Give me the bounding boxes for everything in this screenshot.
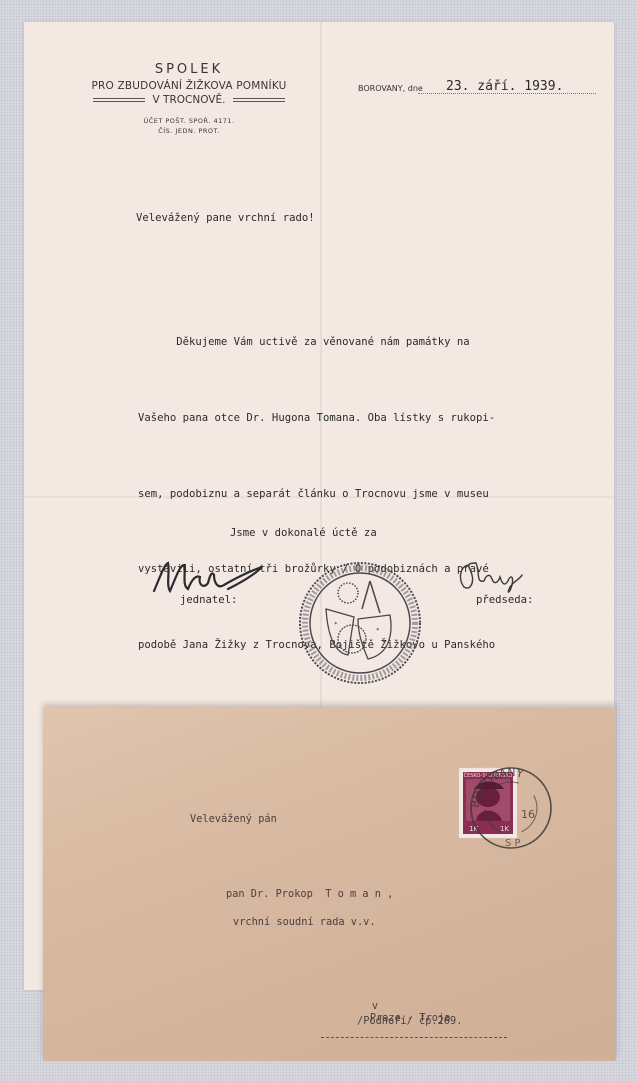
- society-seal-icon: ✶ ✶ ✶: [296, 559, 424, 687]
- place-label: BOROVANY, dne: [358, 84, 423, 93]
- signature-left-icon: [150, 557, 280, 597]
- svg-text:16: 16: [521, 808, 535, 821]
- addressee-title: vrchní soudní rada v.v.: [233, 916, 376, 928]
- letterhead-title: SPOLEK: [64, 62, 314, 77]
- letter-date: 23. září. 1939.: [446, 79, 563, 94]
- envelope: Velevážený pán pan Dr. Prokop T o m a n …: [43, 708, 616, 1061]
- salutation: Velevážený pane vrchní rado!: [136, 212, 315, 224]
- signature-right-icon: [454, 557, 534, 597]
- letterhead-account: ÚČET POŠT. SPOŘ. 4171. ČÍS. JEDN. PROT.: [64, 116, 314, 136]
- svg-text:✶: ✶: [382, 638, 386, 645]
- city-prefix: v: [372, 1000, 378, 1012]
- date-line: BOROVANY, dne 23. září. 1939.: [358, 84, 598, 93]
- body-line: sem, podobiznu a separát článku o Trocno…: [138, 482, 578, 507]
- letterhead-subtitle: PRO ZBUDOVÁNÍ ŽIŽKOVA POMNÍKU: [64, 80, 314, 92]
- divider: [93, 98, 145, 102]
- svg-text:✶: ✶: [376, 626, 380, 633]
- address-city-line: v Praze - Troja: [321, 988, 507, 1038]
- addressee-name: pan Dr. Prokop T o m a n ,: [226, 888, 393, 900]
- body-line: Děkujeme Vám uctivě za věnované nám pamá…: [138, 330, 578, 355]
- envelope-salutation: Velevážený pán: [190, 813, 277, 825]
- signatory-left-label: jednatel:: [180, 594, 237, 606]
- svg-text:BOROVANY: BOROVANY: [469, 766, 525, 808]
- address-street: /Podhoří/ čp.269.: [357, 1015, 462, 1027]
- svg-text:✶: ✶: [334, 620, 338, 627]
- divider: [233, 98, 285, 102]
- closing: Jsme v dokonalé úctě za: [230, 527, 377, 539]
- signatory-right-label: předseda:: [476, 594, 533, 606]
- svg-text:S P: S P: [505, 838, 521, 849]
- body-line: Vašeho pana otce Dr. Hugona Tomana. Oba …: [138, 406, 578, 431]
- letterhead: SPOLEK PRO ZBUDOVÁNÍ ŽIŽKOVA POMNÍKU V T…: [64, 62, 314, 136]
- letterhead-location: V TROCNOVĚ.: [64, 94, 314, 106]
- postmark-icon: BOROVANY 16 S P: [465, 760, 561, 856]
